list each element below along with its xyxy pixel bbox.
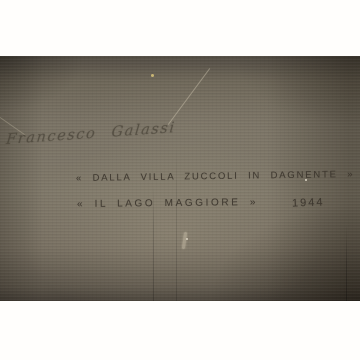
screenshot-canvas: Francesco Galassi « DALLA VILLA ZUCCOLI … [0,0,360,360]
inscription-year: 1944 [292,196,325,209]
scratch-mark [168,68,210,125]
board-seam [346,224,347,301]
paint-speck [186,238,188,240]
painting-verso-photo: Francesco Galassi « DALLA VILLA ZUCCOLI … [0,56,360,301]
paint-speck [151,74,154,77]
inscription-title-line1: « DALLA VILLA ZUCCOLI IN DAGNENTE » [76,169,354,184]
artist-signature: Francesco Galassi [5,120,176,148]
inscription-title-line2: « IL LAGO MAGGIORE » [77,197,258,210]
board-seam [176,146,177,301]
paint-drip-mark [182,232,187,249]
letterbox-top [0,0,360,56]
letterbox-bottom [0,301,360,360]
